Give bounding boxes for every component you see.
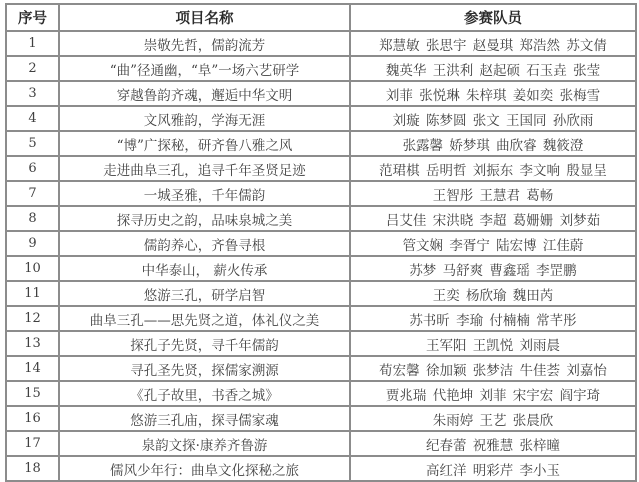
- row-project-name: 《孔子故里，书香之城》: [59, 381, 350, 406]
- row-members: 纪春蕾 祝雅慧 张梓曈: [350, 431, 636, 456]
- row-members: 范珺棋 岳明哲 刘振东 李文响 殷显呈: [350, 156, 636, 181]
- table-row: 4 文风雅韵，学海无涯 刘璇 陈梦圆 张文 王国同 孙欣雨: [6, 106, 636, 131]
- table-row: 7 一城圣雅，千年儒韵 王智彤 王慧君 葛畅: [6, 181, 636, 206]
- row-members: 王智彤 王慧君 葛畅: [350, 181, 636, 206]
- participants-table: 序号 项目名称 参赛队员 1 崇敬先哲，儒韵流芳 郑慧敏 张思宇 赵曼琪 郑浩然…: [5, 3, 637, 480]
- table-row: 10 中华泰山， 薪火传承 苏梦 马舒爽 曹鑫瑶 李罡鹏: [6, 256, 636, 281]
- table-header-row: 序号 项目名称 参赛队员: [6, 4, 636, 31]
- row-index: 2: [6, 56, 59, 81]
- row-index: 6: [6, 156, 59, 181]
- table-row: 16 悠游三孔庙，探寻儒家魂 朱雨婷 王艺 张晨欣: [6, 406, 636, 431]
- row-project-name: 儒韵养心，齐鲁寻根: [59, 231, 350, 256]
- row-members: 苏梦 马舒爽 曹鑫瑶 李罡鹏: [350, 256, 636, 281]
- participants-table-container: 序号 项目名称 参赛队员 1 崇敬先哲，儒韵流芳 郑慧敏 张思宇 赵曼琪 郑浩然…: [5, 3, 635, 480]
- row-index: 13: [6, 331, 59, 356]
- row-index: 7: [6, 181, 59, 206]
- header-project-name: 项目名称: [59, 4, 350, 31]
- row-index: 14: [6, 356, 59, 381]
- row-members: 魏英华 王洪利 赵起硕 石玉垚 张莹: [350, 56, 636, 81]
- row-project-name: 穿越鲁韵齐魂，邂逅中华文明: [59, 81, 350, 106]
- row-project-name: 曲阜三孔——思先贤之道，体礼仪之美: [59, 306, 350, 331]
- row-project-name: 中华泰山， 薪火传承: [59, 256, 350, 281]
- table-row: 5 “博”广探秘，研齐鲁八雅之风 张露馨 娇梦琪 曲欣睿 魏筱澄: [6, 131, 636, 156]
- header-index: 序号: [6, 4, 59, 31]
- row-index: 12: [6, 306, 59, 331]
- header-members: 参赛队员: [350, 4, 636, 31]
- row-index: 16: [6, 406, 59, 431]
- row-project-name: “博”广探秘，研齐鲁八雅之风: [59, 131, 350, 156]
- row-index: 9: [6, 231, 59, 256]
- table-row: 11 悠游三孔，研学启智 王奕 杨欣瑜 魏田芮: [6, 281, 636, 306]
- row-members: 高红洋 明彩芹 李小玉: [350, 456, 636, 480]
- row-project-name: 探寻历史之韵，品味泉城之美: [59, 206, 350, 231]
- table-row: 2 “曲”径通幽，“阜”一场六艺研学 魏英华 王洪利 赵起硕 石玉垚 张莹: [6, 56, 636, 81]
- row-index: 10: [6, 256, 59, 281]
- row-index: 5: [6, 131, 59, 156]
- row-project-name: 探孔子先贤，寻千年儒韵: [59, 331, 350, 356]
- row-members: 刘璇 陈梦圆 张文 王国同 孙欣雨: [350, 106, 636, 131]
- row-members: 苏书昕 李瑜 付楠楠 常芊彤: [350, 306, 636, 331]
- row-members: 朱雨婷 王艺 张晨欣: [350, 406, 636, 431]
- row-members: 王军阳 王凯悦 刘雨晨: [350, 331, 636, 356]
- row-index: 8: [6, 206, 59, 231]
- table-row: 13 探孔子先贤，寻千年儒韵 王军阳 王凯悦 刘雨晨: [6, 331, 636, 356]
- table-row: 8 探寻历史之韵，品味泉城之美 吕艾佳 宋洪晓 李超 葛姗姗 刘梦茹: [6, 206, 636, 231]
- row-project-name: 崇敬先哲，儒韵流芳: [59, 31, 350, 56]
- row-members: 吕艾佳 宋洪晓 李超 葛姗姗 刘梦茹: [350, 206, 636, 231]
- row-members: 刘菲 张悦琳 朱梓琪 姜如奕 张梅雪: [350, 81, 636, 106]
- table-row: 17 泉韵文探·康养齐鲁游 纪春蕾 祝雅慧 张梓曈: [6, 431, 636, 456]
- row-members: 管文娴 李胥宁 陆宏博 江佳蔚: [350, 231, 636, 256]
- row-project-name: 悠游三孔，研学启智: [59, 281, 350, 306]
- row-index: 1: [6, 31, 59, 56]
- table-row: 9 儒韵养心，齐鲁寻根 管文娴 李胥宁 陆宏博 江佳蔚: [6, 231, 636, 256]
- row-members: 荀宏馨 徐加颖 张梦洁 牛佳荟 刘嘉怡: [350, 356, 636, 381]
- row-index: 3: [6, 81, 59, 106]
- table-row: 1 崇敬先哲，儒韵流芳 郑慧敏 张思宇 赵曼琪 郑浩然 苏文倩: [6, 31, 636, 56]
- row-members: 张露馨 娇梦琪 曲欣睿 魏筱澄: [350, 131, 636, 156]
- row-project-name: 悠游三孔庙，探寻儒家魂: [59, 406, 350, 431]
- row-index: 17: [6, 431, 59, 456]
- table-row: 14 寻孔圣先贤，探儒家溯源 荀宏馨 徐加颖 张梦洁 牛佳荟 刘嘉怡: [6, 356, 636, 381]
- row-members: 贾兆瑞 代艳坤 刘菲 宋宇宏 阎宇琦: [350, 381, 636, 406]
- row-index: 11: [6, 281, 59, 306]
- row-project-name: 文风雅韵，学海无涯: [59, 106, 350, 131]
- row-project-name: 一城圣雅，千年儒韵: [59, 181, 350, 206]
- table-row: 6 走进曲阜三孔，追寻千年圣贤足迹 范珺棋 岳明哲 刘振东 李文响 殷显呈: [6, 156, 636, 181]
- row-project-name: 走进曲阜三孔，追寻千年圣贤足迹: [59, 156, 350, 181]
- table-row: 18 儒风少年行：曲阜文化探秘之旅 高红洋 明彩芹 李小玉: [6, 456, 636, 480]
- row-project-name: 寻孔圣先贤，探儒家溯源: [59, 356, 350, 381]
- table-row: 12 曲阜三孔——思先贤之道，体礼仪之美 苏书昕 李瑜 付楠楠 常芊彤: [6, 306, 636, 331]
- row-project-name: 儒风少年行：曲阜文化探秘之旅: [59, 456, 350, 480]
- table-row: 3 穿越鲁韵齐魂，邂逅中华文明 刘菲 张悦琳 朱梓琪 姜如奕 张梅雪: [6, 81, 636, 106]
- row-members: 王奕 杨欣瑜 魏田芮: [350, 281, 636, 306]
- row-members: 郑慧敏 张思宇 赵曼琪 郑浩然 苏文倩: [350, 31, 636, 56]
- row-index: 18: [6, 456, 59, 480]
- row-project-name: 泉韵文探·康养齐鲁游: [59, 431, 350, 456]
- table-row: 15 《孔子故里，书香之城》 贾兆瑞 代艳坤 刘菲 宋宇宏 阎宇琦: [6, 381, 636, 406]
- row-project-name: “曲”径通幽，“阜”一场六艺研学: [59, 56, 350, 81]
- row-index: 15: [6, 381, 59, 406]
- row-index: 4: [6, 106, 59, 131]
